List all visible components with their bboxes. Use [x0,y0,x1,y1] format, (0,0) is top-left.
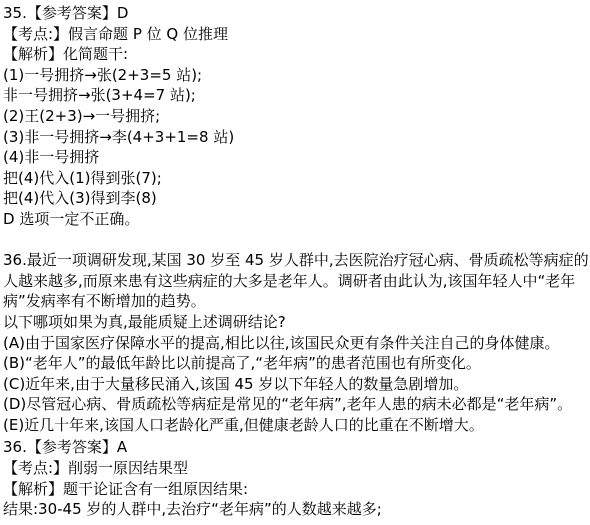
question-36-option-d: (D)尽管冠心病、骨质疏松等病症是常见的“老年病”,老年人患的病未必都是“老年病… [3,394,588,415]
question-36-prompt: 以下哪项如果为真,最能质疑上述调研结论? [3,312,588,333]
document-page: 35.【参考答案】D 【考点:】假言命题 P 位 Q 位推理 【解析】化简题干:… [0,0,590,525]
answer-35-step-1: (1)一号拥挤→张(2+3=5 站); [3,65,588,86]
question-36-stem-line-1: 36.最近一项调研发现,某国 30 岁至 45 岁人群中,去医院治疗冠心病、骨质… [3,250,588,271]
answer-35-substitution-2: 把(4)代入(3)得到李(8) [3,188,588,209]
answer-36-jiexi: 【解析】题干论证含有一组原因结果: [3,479,588,500]
question-36-stem-line-3: 病”发病率有不断增加的趋势。 [3,291,588,312]
question-36-stem-line-2: 人越来越多,而原来患有这些病症的大多是老年人。调研者由此认为,该国年轻人中“老年 [3,271,588,292]
answer-36-kaodian: 【考点:】削弱一原因结果型 [3,458,588,479]
answer-35-substitution-1: 把(4)代入(1)得到张(7); [3,168,588,189]
answer-35-step-3: (3)非一号拥挤→李(4+3+1=8 站) [3,127,588,148]
answer-35-header: 35.【参考答案】D [3,3,588,24]
question-36-option-b: (B)“老年人”的最低年龄比以前提高了,“老年病”的患者范围也有所变化。 [3,353,588,374]
answer-35-section: 35.【参考答案】D 【考点:】假言命题 P 位 Q 位推理 【解析】化简题干:… [3,3,588,230]
answer-36-section: 36.【参考答案】A 【考点:】削弱一原因结果型 【解析】题干论证含有一组原因结… [3,437,588,519]
answer-35-step-2: (2)王(2+3)→一号拥挤; [3,106,588,127]
answer-35-jiexi: 【解析】化简题干: [3,44,588,65]
question-36-option-a: (A)由于国家医疗保障水平的提高,相比以往,该国民众更有条件关注自己的身体健康。 [3,333,588,354]
question-36-section: 36.最近一项调研发现,某国 30 岁至 45 岁人群中,去医院治疗冠心病、骨质… [3,250,588,435]
question-36-option-e: (E)近几十年来,该国人口老龄化严重,但健康老龄人口的比重在不断增大。 [3,415,588,436]
answer-35-conclusion: D 选项一定不正确。 [3,209,588,230]
answer-36-header: 36.【参考答案】A [3,437,588,458]
answer-35-step-4: (4)非一号拥挤 [3,147,588,168]
answer-35-kaodian: 【考点:】假言命题 P 位 Q 位推理 [3,24,588,45]
question-36-option-c: (C)近年来,由于大量移民涌入,该国 45 岁以下年轻人的数量急剧增加。 [3,374,588,395]
answer-35-step-1-contrapositive: 非一号拥挤→张(3+4=7 站); [3,85,588,106]
answer-36-result: 结果:30-45 岁的人群中,去治疗“老年病”的人数越来越多; [3,499,588,520]
